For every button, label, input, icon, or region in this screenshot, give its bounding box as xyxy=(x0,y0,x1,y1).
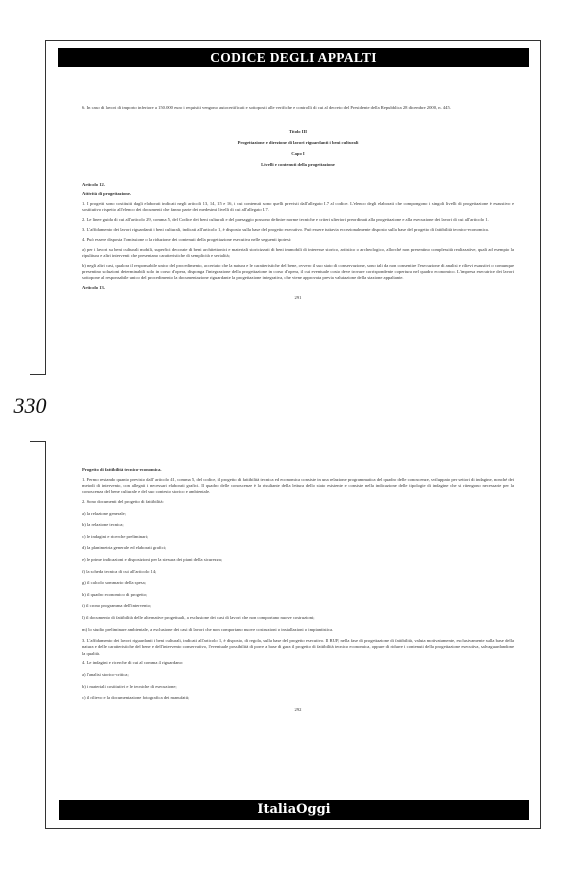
article-12-heading: Articolo 12. xyxy=(82,182,514,188)
page-frame-left-lower xyxy=(45,441,46,829)
page-frame-left-upper xyxy=(45,40,46,374)
article-12-paragraph: b) negli altri casi, qualora il responsa… xyxy=(82,263,514,282)
article-12-paragraph: a) per i lavori su beni culturali mobili… xyxy=(82,247,514,259)
list-item: c) le indagini e ricerche preliminari; xyxy=(82,534,514,540)
page-frame-right xyxy=(540,40,541,829)
list-item: d) la planimetria generale ed elaborati … xyxy=(82,545,514,551)
list-item: c) il rilievo e la documentazione fotogr… xyxy=(82,695,514,701)
list-item: b) i materiali costitutivi e le tecniche… xyxy=(82,684,514,690)
capo-heading: Capo I xyxy=(82,151,514,157)
list-item: f) la scheda tecnica di cui all'articolo… xyxy=(82,569,514,575)
footer-brand-bar: ItaliaOggi xyxy=(59,800,529,820)
side-page-number: 330 xyxy=(0,393,60,419)
feasibility-paragraph-3: 3. L'affidamento dei lavori riguardanti … xyxy=(82,638,514,657)
article-13-heading: Articolo 13. xyxy=(82,285,514,291)
list-item: g) il calcolo sommario della spesa; xyxy=(82,580,514,586)
article-12-paragraph: 1. I progetti sono costituiti dagli elab… xyxy=(82,201,514,213)
feasibility-paragraph-4: 4. Le indagini e ricerche di cui al comm… xyxy=(82,660,514,666)
page-frame-top xyxy=(46,40,541,41)
list-item: a) la relazione generale; xyxy=(82,511,514,517)
page-number-292: 292 xyxy=(82,707,514,713)
page-292-content: Progetto di fattibilità tecnico-economic… xyxy=(82,467,514,717)
list-item: b) la relazione tecnica; xyxy=(82,522,514,528)
list-item: e) le prime indicazioni e disposizioni p… xyxy=(82,557,514,563)
titolo-subtitle: Progettazione e direzione di lavori rigu… xyxy=(82,140,514,146)
page-291-content: 6. In caso di lavori di importo inferior… xyxy=(82,105,514,305)
list-item: h) il quadro economico di progetto; xyxy=(82,592,514,598)
documents-list: 2. Sono documenti del progetto di fattib… xyxy=(82,499,514,633)
titolo-heading: Titolo III xyxy=(82,129,514,135)
list-item: i) il crono programma dell'intervento; xyxy=(82,603,514,609)
feasibility-paragraph-2: 2. Sono documenti del progetto di fattib… xyxy=(82,499,514,505)
page-frame-bracket-upper xyxy=(30,374,46,375)
page-number-291: 291 xyxy=(82,295,514,301)
list-item: l) il documento di fattibilità delle alt… xyxy=(82,615,514,621)
list-item: m) lo studio preliminare ambientale, a e… xyxy=(82,627,514,633)
article-12-paragraph: 4. Può essere disposta l'omissione o la … xyxy=(82,237,514,243)
article-12-paragraph: 3. L'affidamento dei lavori riguardanti … xyxy=(82,227,514,233)
list-item: a) l'analisi storico-critica; xyxy=(82,672,514,678)
article-12-paragraph: 2. Le linee guida di cui all'articolo 29… xyxy=(82,217,514,223)
feasibility-paragraph-1: 1. Fermo restando quanto previsto dall' … xyxy=(82,477,514,496)
feasibility-title: Progetto di fattibilità tecnico-economic… xyxy=(82,467,514,473)
header-title-bar: CODICE DEGLI APPALTI xyxy=(58,48,529,67)
article-12-title: Attività di progettazione. xyxy=(82,191,514,197)
page-frame-bracket-lower xyxy=(30,441,46,442)
capo-subtitle: Livelli e contenuti della progettazione xyxy=(82,162,514,168)
research-list: 4. Le indagini e ricerche di cui al comm… xyxy=(82,660,514,701)
intro-paragraph: 6. In caso di lavori di importo inferior… xyxy=(82,105,514,111)
page-frame-bottom xyxy=(46,828,541,829)
